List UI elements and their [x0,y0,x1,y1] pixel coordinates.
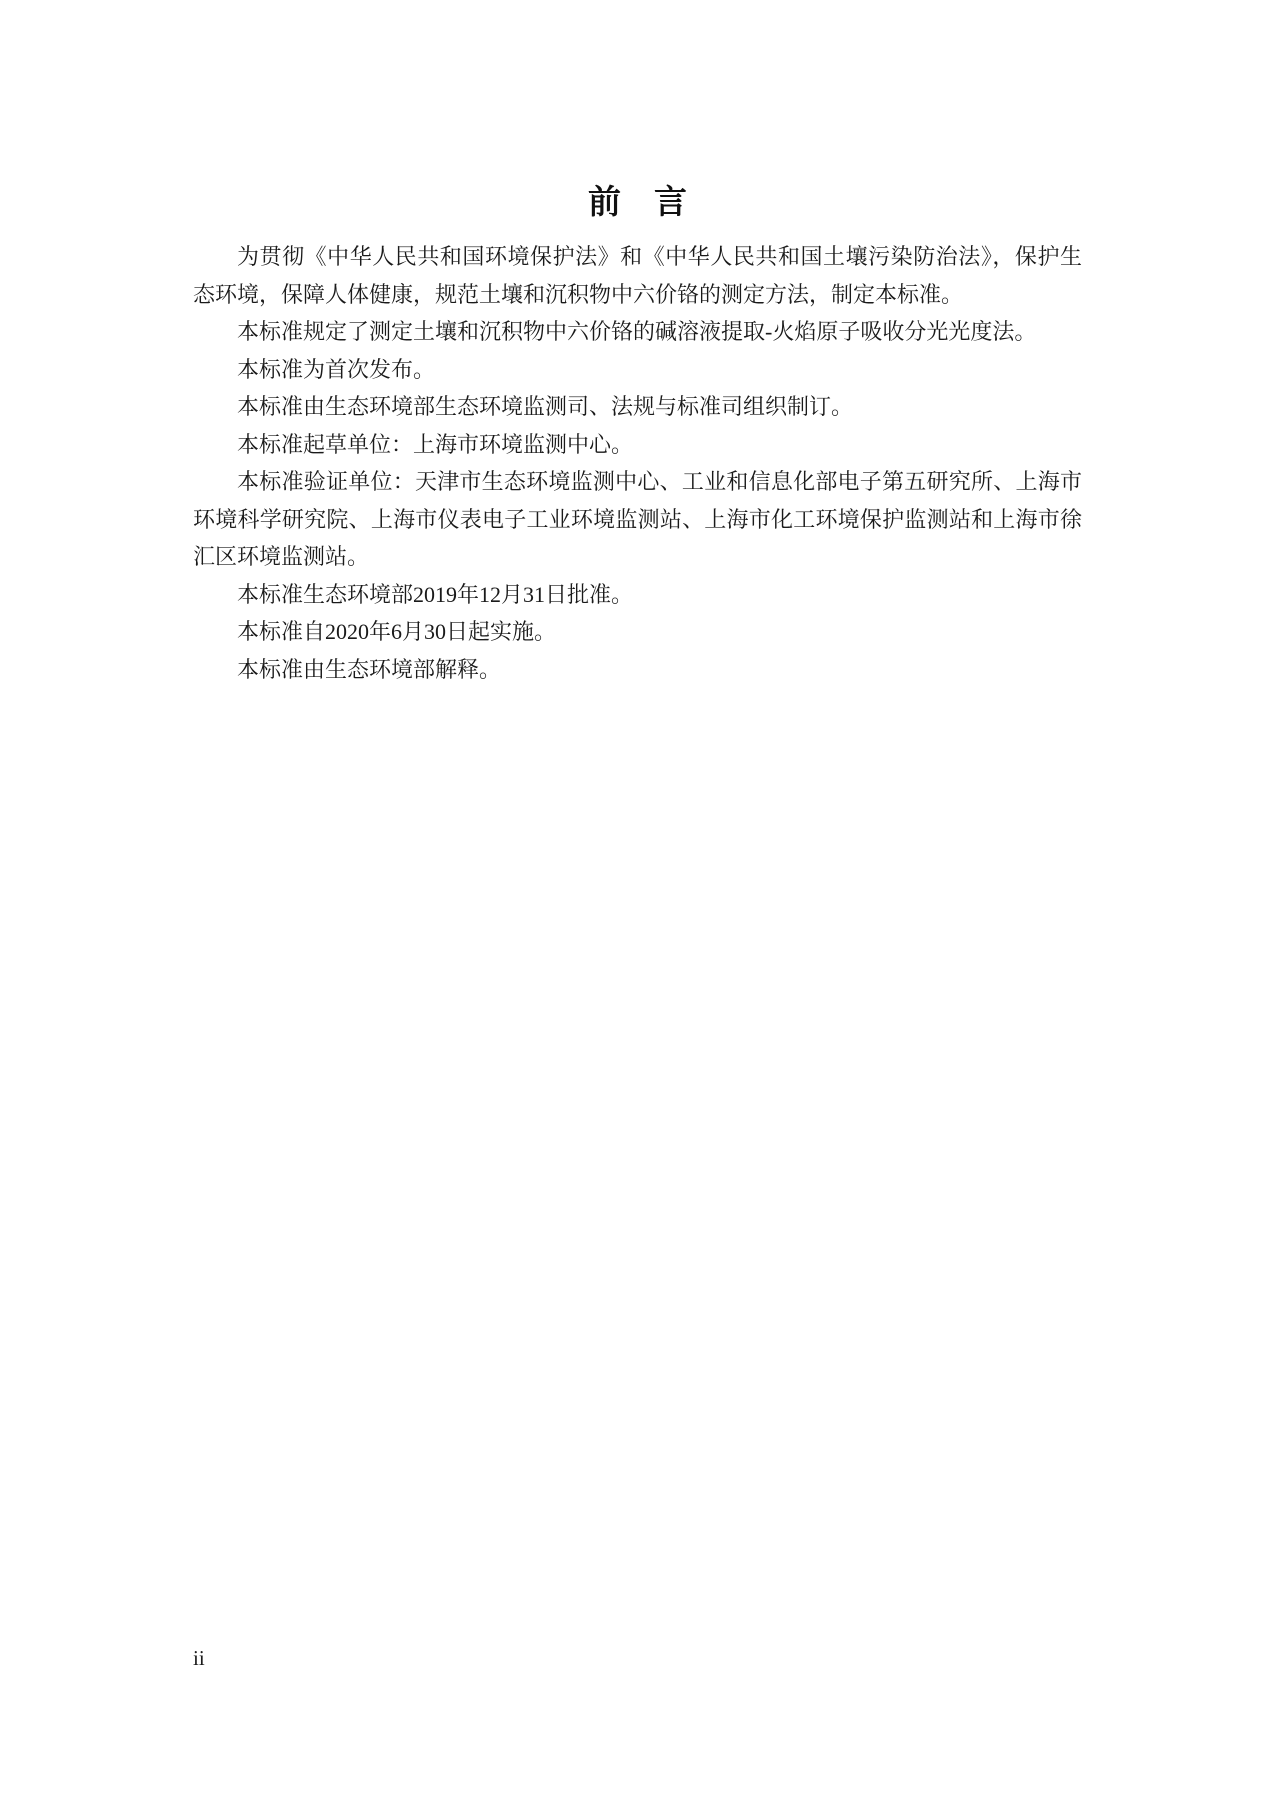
page-number: ii [193,1643,205,1673]
body-text-line: 本标准规定了测定土壤和沉积物中六价铬的碱溶液提取-火焰原子吸收分光光度法。 [193,313,1082,351]
document-body: 为贯彻《中华人民共和国环境保护法》和《中华人民共和国土壤污染防治法》，保护生 态… [193,238,1082,688]
body-text-line: 为贯彻《中华人民共和国环境保护法》和《中华人民共和国土壤污染防治法》，保护生 [193,238,1082,276]
body-text-line: 汇区环境监测站。 [193,538,1082,576]
body-text-line: 本标准生态环境部2019年12月31日批准。 [193,576,1082,614]
body-text-line: 本标准自2020年6月30日起实施。 [193,613,1082,651]
body-text-line: 环境科学研究院、上海市仪表电子工业环境监测站、上海市化工环境保护监测站和上海市徐 [193,501,1082,539]
body-text-line: 本标准验证单位：天津市生态环境监测中心、工业和信息化部电子第五研究所、上海市 [193,463,1082,501]
body-text-line: 态环境，保障人体健康，规范土壤和沉积物中六价铬的测定方法，制定本标准。 [193,276,1082,314]
body-text-line: 本标准为首次发布。 [193,351,1082,389]
document-page: 前 言 为贯彻《中华人民共和国环境保护法》和《中华人民共和国土壤污染防治法》，保… [0,0,1280,1810]
body-text-line: 本标准由生态环境部生态环境监测司、法规与标准司组织制订。 [193,388,1082,426]
body-text-line: 本标准由生态环境部解释。 [193,651,1082,689]
page-title: 前 言 [193,183,1082,221]
body-text-line: 本标准起草单位：上海市环境监测中心。 [193,426,1082,464]
